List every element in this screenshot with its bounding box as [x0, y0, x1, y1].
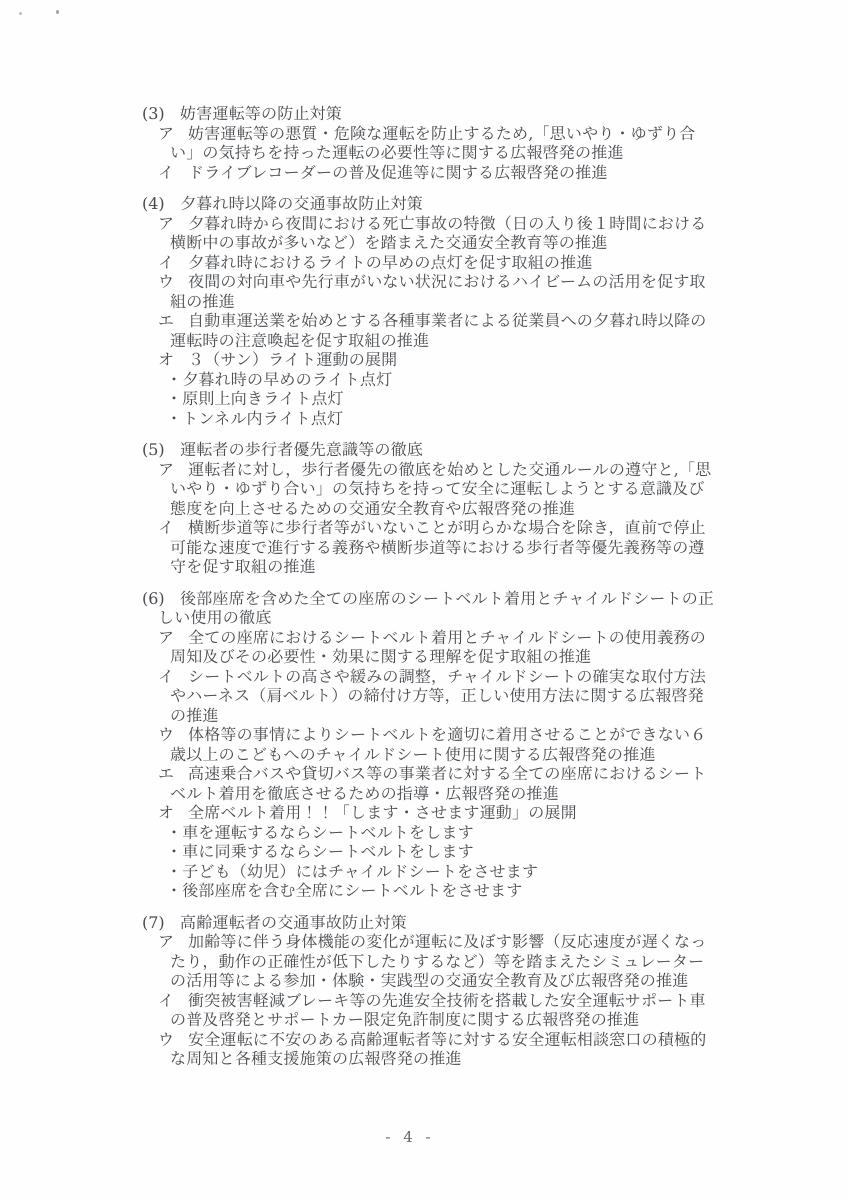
- item-text-continued: 歳以上のこどもへのチャイルドシート使用に関する広報啓発の推進: [142, 745, 782, 765]
- section-title: 高齢運転者の交通事故防止対策: [180, 913, 407, 932]
- item-text-continued: 可能な速度で進行する義務や横断歩道等における歩行者等優先義務等の遵: [142, 538, 782, 558]
- item-marker: エ: [158, 764, 188, 784]
- document-section: (4)夕暮れ時以降の交通事故防止対策ア夕暮れ時から夜間における死亡事故の特徴（日…: [142, 194, 782, 428]
- scan-artifact-dot: [19, 12, 22, 15]
- item-marker: イ: [158, 163, 188, 183]
- item-marker: イ: [158, 667, 188, 687]
- list-item: ア全ての座席におけるシートベルト着用とチャイルドシートの使用義務の: [142, 628, 782, 648]
- item-marker: オ: [158, 350, 188, 370]
- section-title: 後部座席を含めた全ての座席のシートベルト着用とチャイルドシートの正: [180, 589, 714, 608]
- list-item: ウ安全運転に不安のある高齢運転者等に対する安全運転相談窓口の積極的: [142, 1030, 782, 1050]
- item-text: 夕暮れ時におけるライトの早めの点灯を促す取組の推進: [188, 253, 593, 272]
- list-item: ア運転者に対し，歩行者優先の徹底を始めとした交通ルールの遵守と,「思: [142, 460, 782, 480]
- item-marker: ア: [158, 214, 188, 234]
- document-section: (6)後部座席を含めた全ての座席のシートベルト着用とチャイルドシートの正しい使用…: [142, 589, 782, 901]
- list-item: イドライブレコーダーの普及促進等に関する広報啓発の推進: [142, 163, 782, 183]
- section-title: 運転者の歩行者優先意識等の徹底: [180, 440, 423, 459]
- item-text: 高速乗合バスや貸切バス等の事業者に対する全ての座席におけるシート: [188, 764, 706, 783]
- list-item: エ高速乗合バスや貸切バス等の事業者に対する全ての座席におけるシート: [142, 764, 782, 784]
- document-section: (3)妨害運転等の防止対策ア妨害運転等の悪質・危険な運転を防止するため,「思いや…: [142, 104, 782, 182]
- item-text: ３（サン）ライト運動の展開: [188, 350, 397, 369]
- bullet-item: ・原則上向きライト点灯: [142, 389, 782, 409]
- item-text-continued: たり，動作の正確性が低下したりするなど）等を踏まえたシミュレーター: [142, 952, 782, 972]
- item-marker: オ: [158, 803, 188, 823]
- section-number: (7): [142, 913, 180, 933]
- item-text: 運転者に対し，歩行者優先の徹底を始めとした交通ルールの遵守と,「思: [188, 460, 711, 479]
- item-marker: ア: [158, 124, 188, 144]
- section-heading: (3)妨害運転等の防止対策: [142, 104, 782, 124]
- item-marker: イ: [158, 253, 188, 273]
- document-body: (3)妨害運転等の防止対策ア妨害運転等の悪質・危険な運転を防止するため,「思いや…: [142, 104, 782, 1081]
- bullet-item: ・車を運転するならシートベルトをします: [142, 823, 782, 843]
- item-text-continued: い」の気持ちを持った運転の必要性等に関する広報啓発の推進: [142, 143, 782, 163]
- list-item: オ３（サン）ライト運動の展開: [142, 350, 782, 370]
- list-item: オ全席ベルト着用！！「します・させます運動」の展開: [142, 803, 782, 823]
- item-marker: ア: [158, 628, 188, 648]
- section-heading: (5)運転者の歩行者優先意識等の徹底: [142, 440, 782, 460]
- item-marker: エ: [158, 311, 188, 331]
- item-text: 加齢等に伴う身体機能の変化が運転に及ぼす影響（反応速度が遅くなっ: [188, 932, 706, 951]
- document-section: (7)高齢運転者の交通事故防止対策ア加齢等に伴う身体機能の変化が運転に及ぼす影響…: [142, 913, 782, 1069]
- item-text: 自動車運送業を始めとする各種事業者による従業員への夕暮れ時以降の: [188, 311, 706, 330]
- item-text-continued: いやり・ゆずり合い」の気持ちを持って安全に運転しようとする意識及び: [142, 479, 782, 499]
- item-text: 全席ベルト着用！！「します・させます運動」の展開: [188, 803, 577, 822]
- item-text-continued: 守を促す取組の推進: [142, 557, 782, 577]
- bullet-item: ・トンネル内ライト点灯: [142, 409, 782, 429]
- item-text: 横断歩道等に歩行者等がいないことが明らかな場合を除き，直前で停止: [188, 518, 706, 537]
- item-text-continued: な周知と各種支援施策の広報啓発の推進: [142, 1049, 782, 1069]
- list-item: ア夕暮れ時から夜間における死亡事故の特徴（日の入り後１時間における: [142, 214, 782, 234]
- item-text-continued: 横断中の事故が多いなど）を踏まえた交通安全教育等の推進: [142, 233, 782, 253]
- section-heading: (4)夕暮れ時以降の交通事故防止対策: [142, 194, 782, 214]
- section-number: (3): [142, 104, 180, 124]
- item-text-continued: の普及啓発とサポートカー限定免許制度に関する広報啓発の推進: [142, 1010, 782, 1030]
- item-marker: ア: [158, 460, 188, 480]
- item-marker: ア: [158, 932, 188, 952]
- item-text: シートベルトの高さや緩みの調整，チャイルドシートの確実な取付方法: [188, 667, 706, 686]
- item-text-continued: 組の推進: [142, 292, 782, 312]
- list-item: イ横断歩道等に歩行者等がいないことが明らかな場合を除き，直前で停止: [142, 518, 782, 538]
- section-title: 夕暮れ時以降の交通事故防止対策: [180, 194, 423, 213]
- item-text-continued: 運転時の注意喚起を促す取組の推進: [142, 331, 782, 351]
- section-heading: (7)高齢運転者の交通事故防止対策: [142, 913, 782, 933]
- list-item: イ衝突被害軽減ブレーキ等の先進安全技術を搭載した安全運転サポート車: [142, 991, 782, 1011]
- item-marker: イ: [158, 518, 188, 538]
- section-number: (6): [142, 589, 180, 609]
- item-text-continued: ベルト着用を徹底させるための指導・広報啓発の推進: [142, 784, 782, 804]
- bullet-item: ・車に同乗するならシートベルトをします: [142, 842, 782, 862]
- item-text: 体格等の事情によりシートベルトを適切に着用させることができない６: [188, 725, 706, 744]
- section-heading: (6)後部座席を含めた全ての座席のシートベルト着用とチャイルドシートの正: [142, 589, 782, 609]
- list-item: イ夕暮れ時におけるライトの早めの点灯を促す取組の推進: [142, 253, 782, 273]
- item-text-continued: の活用等による参加・体験・実践型の交通安全教育及び広報啓発の推進: [142, 971, 782, 991]
- list-item: エ自動車運送業を始めとする各種事業者による従業員への夕暮れ時以降の: [142, 311, 782, 331]
- item-text-continued: 態度を向上させるための交通安全教育や広報啓発の推進: [142, 499, 782, 519]
- bullet-item: ・夕暮れ時の早めのライト点灯: [142, 370, 782, 390]
- scan-artifact-dot: [56, 10, 59, 14]
- list-item: ウ体格等の事情によりシートベルトを適切に着用させることができない６: [142, 725, 782, 745]
- item-text: 安全運転に不安のある高齢運転者等に対する安全運転相談窓口の積極的: [188, 1030, 706, 1049]
- section-title-continued: しい使用の徹底: [142, 608, 782, 628]
- document-page: (3)妨害運転等の防止対策ア妨害運転等の悪質・危険な運転を防止するため,「思いや…: [0, 0, 848, 1200]
- item-marker: イ: [158, 991, 188, 1011]
- list-item: ア加齢等に伴う身体機能の変化が運転に及ぼす影響（反応速度が遅くなっ: [142, 932, 782, 952]
- item-text: 妨害運転等の悪質・危険な運転を防止するため,「思いやり・ゆずり合: [188, 124, 696, 143]
- item-marker: ウ: [158, 1030, 188, 1050]
- bullet-item: ・子ども（幼児）にはチャイルドシートをさせます: [142, 862, 782, 882]
- item-text: 夜間の対向車や先行車がいない状況におけるハイビームの活用を促す取: [188, 272, 706, 291]
- list-item: ウ夜間の対向車や先行車がいない状況におけるハイビームの活用を促す取: [142, 272, 782, 292]
- section-title: 妨害運転等の防止対策: [180, 104, 342, 123]
- item-marker: ウ: [158, 272, 188, 292]
- item-text-continued: 周知及びその必要性・効果に関する理解を促す取組の推進: [142, 647, 782, 667]
- item-text-continued: の推進: [142, 706, 782, 726]
- page-number: - 4 -: [0, 1128, 820, 1146]
- section-number: (4): [142, 194, 180, 214]
- item-text: ドライブレコーダーの普及促進等に関する広報啓発の推進: [188, 163, 608, 182]
- item-text-continued: やハーネス（肩ベルト）の締付け方等，正しい使用方法に関する広報啓発: [142, 686, 782, 706]
- bullet-item: ・後部座席を含む全席にシートベルトをさせます: [142, 881, 782, 901]
- list-item: イシートベルトの高さや緩みの調整，チャイルドシートの確実な取付方法: [142, 667, 782, 687]
- item-marker: ウ: [158, 725, 188, 745]
- list-item: ア妨害運転等の悪質・危険な運転を防止するため,「思いやり・ゆずり合: [142, 124, 782, 144]
- item-text: 夕暮れ時から夜間における死亡事故の特徴（日の入り後１時間における: [188, 214, 706, 233]
- item-text: 衝突被害軽減ブレーキ等の先進安全技術を搭載した安全運転サポート車: [188, 991, 706, 1010]
- document-section: (5)運転者の歩行者優先意識等の徹底ア運転者に対し，歩行者優先の徹底を始めとした…: [142, 440, 782, 577]
- section-number: (5): [142, 440, 180, 460]
- item-text: 全ての座席におけるシートベルト着用とチャイルドシートの使用義務の: [188, 628, 706, 647]
